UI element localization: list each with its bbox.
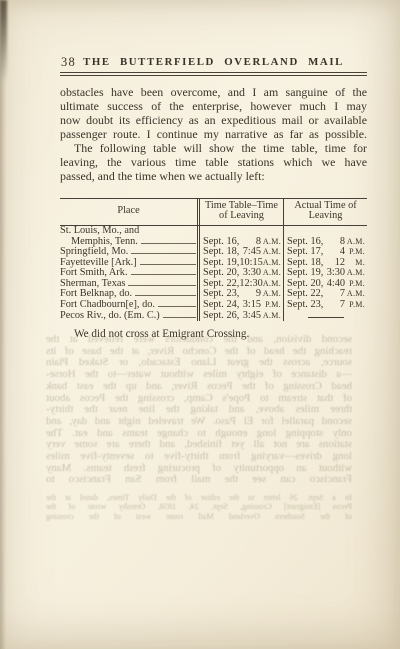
place-name: Sherman, Texas — [60, 279, 125, 290]
head-rule — [60, 72, 367, 76]
bleed-line: head Crossing of the Pecos River, and up… — [46, 381, 352, 393]
paragraph: The following table will show the time t… — [60, 142, 367, 184]
place-leader — [131, 253, 196, 254]
body-text-line: The following table will show the time t… — [60, 142, 367, 156]
time-text: 7 — [323, 300, 345, 311]
date-text: Sept. 19, — [287, 268, 323, 279]
actual-time-cell: Sept. 20,4:40P.M. — [283, 279, 367, 290]
place-leader — [140, 264, 196, 265]
meridiem-text: A.M. — [263, 279, 281, 290]
date-text: Sept. 18, — [203, 247, 239, 258]
place-cell: Sherman, Texas — [60, 279, 197, 290]
meridiem-text: M. — [345, 258, 365, 269]
timetable-cell: Sept. 19,10:15A.M. — [197, 258, 283, 269]
date-text: Sept. 23, — [203, 289, 239, 300]
meridiem-text: A.M. — [261, 289, 281, 300]
place-name: St. Louis, Mo., and — [60, 226, 139, 237]
paragraph: obstacles have been overcome, and I am s… — [60, 86, 367, 142]
table-row: Sherman, TexasSept. 22,12:30A.M.Sept. 20… — [60, 279, 367, 290]
body-text-line: leaving, the various time table stations… — [60, 156, 367, 170]
header-place-label: Place — [117, 206, 139, 217]
place-cell: Fayetteville [Ark.] — [60, 258, 197, 269]
meridiem-text: P.M. — [345, 300, 365, 311]
timetable-cell: Sept. 20,3:30A.M. — [197, 268, 283, 279]
table-row: Fort Chadbourn[e], do.Sept. 24,3:15P.M.S… — [60, 300, 367, 311]
place-name: Fort Chadbourn[e], do. — [60, 300, 155, 311]
bleed-line: —a distance of eighty miles without wate… — [46, 369, 352, 381]
place-leader — [128, 285, 196, 286]
header-timetable: Time Table–Time of Leaving — [197, 199, 283, 225]
actual-time-cell: Sept. 17,4P.M. — [283, 247, 367, 258]
time-text: 4 — [323, 247, 345, 258]
time-entry: Sept. 20,4:40P.M. — [284, 279, 367, 290]
place-name: Memphis, Tenn. — [71, 237, 138, 248]
time-text: 3:30 — [323, 268, 345, 279]
time-entry: Sept. 22,12:30A.M. — [200, 279, 283, 290]
time-entry: Sept. 26,3:45A.M. — [200, 311, 283, 322]
body-text-line: ultimate success of the enterprise, howe… — [60, 100, 367, 114]
meridiem-text: A.M. — [345, 268, 365, 279]
no-time-dash — [308, 317, 344, 318]
time-entry: Sept. 17,4P.M. — [284, 247, 367, 258]
place-name: Fort Smith, Ark. — [60, 268, 128, 279]
date-text: Sept. 16, — [203, 237, 239, 248]
date-text: Sept. 22, — [203, 279, 239, 290]
date-text: Sept. 24, — [203, 300, 239, 311]
timetable-cell: Sept. 23,9A.M. — [197, 289, 283, 300]
place-line: Pecos Riv., do. (Em. C.) — [60, 311, 197, 322]
bleed-line: source, across the great Llano Estacado,… — [46, 357, 352, 369]
table-row: Fayetteville [Ark.]Sept. 19,10:15A.M.Sep… — [60, 258, 367, 269]
bleed-line: Francisco can see the mail from San Fran… — [46, 474, 352, 486]
table-body: St. Louis, Mo., andMemphis, Tenn.Sept. 1… — [60, 226, 367, 321]
header-actual: Actual Time of Leaving — [283, 199, 367, 225]
place-cell: Springfield, Mo. — [60, 247, 197, 258]
date-text: Sept. 23, — [287, 300, 323, 311]
bleed-footnote-line: Pecos [Emigrant] Crossing, Sept. 24, 185… — [46, 502, 352, 511]
actual-time-cell — [283, 311, 367, 322]
time-entry: Sept. 16,8A.M. — [200, 237, 283, 248]
meridiem-text: A.M. — [261, 268, 281, 279]
time-entry: Sept. 19,3:30A.M. — [284, 268, 367, 279]
meridiem-text: A.M. — [345, 289, 365, 300]
time-table: Place Time Table–Time of Leaving Actual … — [60, 198, 367, 322]
time-text: 8 — [239, 237, 261, 248]
bleed-line: reaching the head of the Concho River, a… — [46, 346, 352, 358]
actual-time-cell: Sept. 22,7A.M. — [283, 289, 367, 300]
date-text: Sept. 20, — [203, 268, 239, 279]
time-text: 9 — [239, 289, 261, 300]
place-cell: Fort Chadbourn[e], do. — [60, 300, 197, 311]
date-text: Sept. 22, — [287, 289, 323, 300]
bleed-line: three miles above, and taking the line n… — [46, 404, 352, 416]
timetable-cell: Sept. 24,3:15P.M. — [197, 300, 283, 311]
body-text-line: now doubt its efficiency as an expeditio… — [60, 114, 367, 128]
actual-time-cell: Sept. 16,8A.M. — [283, 226, 367, 247]
place-cell: Pecos Riv., do. (Em. C.) — [60, 311, 197, 322]
timetable-cell: Sept. 26,3:45A.M. — [197, 311, 283, 322]
timetable-cell: Sept. 22,12:30A.M. — [197, 279, 283, 290]
time-text: 7:45 — [239, 247, 261, 258]
time-text: 8 — [323, 237, 345, 248]
running-title: THE BUTTERFIELD OVERLAND MAIL — [60, 56, 367, 68]
bleed-line: second parallel for El Paso. We traveled… — [46, 416, 352, 428]
page-left-edge-shadow — [0, 0, 6, 649]
bleed-line: stations are not all yet finished, and t… — [46, 439, 352, 451]
date-text: Sept. 16, — [287, 237, 323, 248]
meridiem-text: A.M. — [261, 237, 281, 248]
place-line: Memphis, Tenn. — [60, 237, 197, 248]
bleed-line: long drives—varying from thirty-five to … — [46, 451, 352, 463]
bleedthrough-text: second division, and the conductors were… — [46, 334, 352, 521]
place-line: Sherman, Texas — [60, 279, 197, 290]
time-text: 4:40 — [323, 279, 345, 290]
table-row: Fort Smith, Ark.Sept. 20,3:30A.M.Sept. 1… — [60, 268, 367, 279]
bleed-footnote-line: of the Southern Overland Mail route west… — [46, 512, 352, 521]
time-entry: Sept. 23,7P.M. — [284, 300, 367, 311]
time-text: 3:45 — [239, 311, 261, 322]
place-leader — [141, 243, 196, 244]
place-name: Fort Belknap, do. — [60, 289, 132, 300]
place-name: Fayetteville [Ark.] — [60, 258, 137, 269]
header-actual-line2: Leaving — [285, 211, 366, 222]
place-leader — [135, 295, 196, 296]
place-leader — [158, 306, 196, 307]
time-entry: Sept. 22,7A.M. — [284, 289, 367, 300]
photo-edge-mark — [0, 0, 7, 82]
meridiem-text: P.M. — [345, 247, 365, 258]
time-text: 3:15 — [239, 300, 261, 311]
meridiem-text: P.M. — [261, 300, 281, 311]
place-line: Fort Smith, Ark. — [60, 268, 197, 279]
header-place: Place — [60, 199, 197, 225]
place-line: Springfield, Mo. — [60, 247, 197, 258]
header-timetable-line2: of Leaving — [201, 211, 282, 222]
bleed-line: only stopping long enough to change team… — [46, 428, 352, 440]
place-cell: Fort Belknap, do. — [60, 289, 197, 300]
date-text: Sept. 20, — [287, 279, 323, 290]
body-text: obstacles have been overcome, and I am s… — [60, 86, 367, 183]
date-text: Sept. 26, — [203, 311, 239, 322]
place-line: St. Louis, Mo., and — [60, 226, 197, 237]
meridiem-text: A.M. — [261, 247, 281, 258]
place-line: Fort Belknap, do. — [60, 289, 197, 300]
meridiem-text: P.M. — [345, 279, 365, 290]
place-leader — [131, 274, 196, 275]
actual-time-cell: Sept. 18,12M. — [283, 258, 367, 269]
time-entry: Sept. 18,7:45A.M. — [200, 247, 283, 258]
place-cell: St. Louis, Mo., andMemphis, Tenn. — [60, 226, 197, 247]
time-text: 7 — [323, 289, 345, 300]
place-line: Fort Chadbourn[e], do. — [60, 300, 197, 311]
time-text: 12:30 — [239, 279, 262, 290]
bleed-line: without an opportunity of procuring fres… — [46, 463, 352, 475]
time-entry: Sept. 16,8A.M. — [284, 237, 367, 248]
body-text-line: passed, and the time when we actually le… — [60, 170, 367, 184]
meridiem-text: A.M. — [261, 311, 281, 322]
time-entry: Sept. 24,3:15P.M. — [200, 300, 283, 311]
time-text: 10:15 — [239, 258, 262, 269]
date-text: Sept. 19, — [203, 258, 239, 269]
book-photo: 38 THE BUTTERFIELD OVERLAND MAIL obstacl… — [0, 0, 400, 649]
actual-time-cell: Sept. 19,3:30A.M. — [283, 268, 367, 279]
place-leader — [163, 317, 196, 318]
time-text: 12 — [323, 258, 345, 269]
body-text-line: passenger route. I continue my narrative… — [60, 128, 367, 142]
time-entry: Sept. 23,9A.M. — [200, 289, 283, 300]
place-cell: Fort Smith, Ark. — [60, 268, 197, 279]
bleed-line: of that stream to Pope's Camp, crossing … — [46, 393, 352, 405]
meridiem-text: A.M. — [263, 258, 281, 269]
table-row: St. Louis, Mo., andMemphis, Tenn.Sept. 1… — [60, 226, 367, 247]
place-line: Fayetteville [Ark.] — [60, 258, 197, 269]
date-text: Sept. 18, — [287, 258, 323, 269]
place-name: Pecos Riv., do. (Em. C.) — [60, 311, 160, 322]
book-page: 38 THE BUTTERFIELD OVERLAND MAIL obstacl… — [0, 0, 400, 649]
meridiem-text: A.M. — [345, 237, 365, 248]
actual-time-cell: Sept. 23,7P.M. — [283, 300, 367, 311]
table-row: Fort Belknap, do.Sept. 23,9A.M.Sept. 22,… — [60, 289, 367, 300]
timetable-cell: Sept. 16,8A.M. — [197, 226, 283, 247]
time-entry: Sept. 18,12M. — [284, 258, 367, 269]
time-entry: Sept. 19,10:15A.M. — [200, 258, 283, 269]
time-text: 3:30 — [239, 268, 261, 279]
timetable-cell: Sept. 18,7:45A.M. — [197, 247, 283, 258]
bleed-line: second division, and the conductors were… — [46, 334, 352, 346]
table-header-row: Place Time Table–Time of Leaving Actual … — [60, 199, 367, 226]
table-row: Springfield, Mo.Sept. 18,7:45A.M.Sept. 1… — [60, 247, 367, 258]
time-entry: Sept. 20,3:30A.M. — [200, 268, 283, 279]
running-head: 38 THE BUTTERFIELD OVERLAND MAIL — [60, 54, 367, 68]
bleed-footnote-line: In a Sept. 26 letter to the editor of th… — [46, 493, 352, 502]
body-text-line: obstacles have been overcome, and I am s… — [60, 86, 367, 100]
place-name: Springfield, Mo. — [60, 247, 128, 258]
date-text: Sept. 17, — [287, 247, 323, 258]
table-row: Pecos Riv., do. (Em. C.)Sept. 26,3:45A.M… — [60, 311, 367, 322]
